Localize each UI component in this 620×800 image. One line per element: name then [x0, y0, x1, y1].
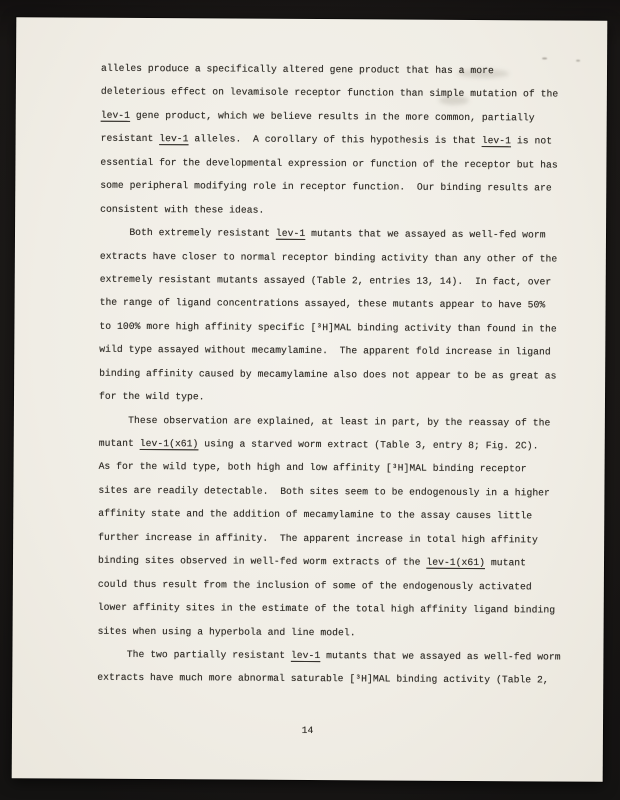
text-segment: is not [511, 136, 552, 147]
text-line: sites when using a hyperbola and line mo… [98, 619, 578, 645]
text-segment: mutants that we assayed as well-fed worm [305, 228, 545, 240]
text-segment: using a starved worm extract (Table 3, e… [198, 438, 538, 451]
gene-name-underlined: lev-1 [159, 133, 188, 144]
text-line: binding affinity caused by mecamylamine … [99, 361, 579, 387]
gene-name-underlined: lev-1 [276, 228, 305, 239]
text-segment: The two partially resistant [97, 649, 291, 661]
text-line: wild type assayed without mecamylamine. … [99, 338, 579, 364]
text-segment: binding affinity caused by mecamylamine … [99, 367, 556, 381]
text-segment: sites are readily detectable. Both sites… [98, 485, 550, 499]
text-segment: extracts have much more abnormal saturab… [97, 672, 549, 686]
text-line: extracts have much more abnormal saturab… [97, 666, 577, 692]
text-line: for the wild type. [99, 385, 579, 411]
text-segment: mutant [485, 557, 526, 568]
text-segment: wild type assayed without mecamylamine. … [99, 344, 551, 358]
text-segment: Both extremely resistant [100, 227, 276, 239]
text-line: could thus result from the inclusion of … [98, 572, 578, 598]
text-line: to 100% more high affinity specific [³H]… [99, 315, 579, 341]
text-line: essential for the developmental expressi… [100, 150, 580, 176]
text-segment: for the wild type. [99, 391, 205, 403]
text-line: deleterious effect on levamisole recepto… [101, 80, 581, 106]
text-segment: further increase in affinity. The appare… [98, 531, 538, 545]
text-line: consistent with these ideas. [100, 197, 580, 223]
page-number: 14 [12, 723, 603, 738]
photo-background: alleles produce a specifically altered g… [0, 0, 620, 800]
text-segment: affinity state and the addition of mecam… [98, 508, 532, 522]
text-segment: extremely resistant mutants assayed (Tab… [100, 274, 552, 288]
text-segment: extracts have closer to normal receptor … [100, 250, 557, 264]
gene-name-underlined: lev-1 [101, 110, 130, 121]
text-segment: some peripheral modifying role in recept… [100, 180, 552, 194]
text-segment: resistant [101, 133, 160, 144]
text-line: Both extremely resistant lev-1 mutants t… [100, 221, 580, 247]
text-line: affinity state and the addition of mecam… [98, 502, 578, 528]
text-line: mutant lev-1(x61) using a starved worm e… [99, 432, 579, 458]
text-segment: deleterious effect on levamisole recepto… [101, 86, 558, 100]
text-segment: sites when using a hyperbola and line mo… [98, 625, 356, 638]
gene-name-underlined: lev-1(x61) [426, 557, 485, 568]
gene-name-underlined: lev-1 [291, 650, 320, 661]
text-segment: gene product, which we believe results i… [130, 110, 535, 123]
text-segment: could thus result from the inclusion of … [98, 578, 532, 592]
text-line: sites are readily detectable. Both sites… [98, 479, 578, 505]
text-line: binding sites observed in well-fed worm … [98, 549, 578, 575]
text-line: some peripheral modifying role in recept… [100, 174, 580, 200]
text-line: alleles produce a specifically altered g… [101, 57, 581, 83]
text-line: extremely resistant mutants assayed (Tab… [100, 268, 580, 294]
text-segment: mutant [99, 438, 140, 449]
gene-name-underlined: lev-1(x61) [140, 438, 199, 449]
text-line: the range of ligand concentrations assay… [100, 291, 580, 317]
text-line: extracts have closer to normal receptor … [100, 244, 580, 270]
text-line: As for the wild type, both high and low … [99, 455, 579, 481]
text-segment: binding sites observed in well-fed worm … [98, 555, 426, 568]
text-line: lower affinity sites in the estimate of … [98, 596, 578, 622]
document-page: alleles produce a specifically altered g… [12, 17, 608, 782]
text-segment: As for the wild type, both high and low … [99, 461, 527, 475]
text-segment: alleles produce a specifically altered g… [101, 63, 494, 76]
text-line: further increase in affinity. The appare… [98, 525, 578, 551]
page-text: alleles produce a specifically altered g… [97, 57, 581, 693]
text-segment: These observation are explained, at leas… [99, 414, 551, 428]
text-segment: lower affinity sites in the estimate of … [98, 602, 555, 616]
gene-name-underlined: lev-1 [482, 135, 511, 146]
text-segment: the range of ligand concentrations assay… [100, 297, 546, 311]
text-segment: consistent with these ideas. [100, 203, 264, 215]
text-segment: alleles. A corollary of this hypothesis … [189, 134, 482, 147]
text-segment: mutants that we assayed as well-fed worm [320, 650, 560, 662]
text-segment: to 100% more high affinity specific [³H]… [99, 321, 556, 335]
text-line: The two partially resistant lev-1 mutant… [97, 643, 577, 669]
text-segment: essential for the developmental expressi… [100, 156, 557, 170]
text-line: These observation are explained, at leas… [99, 408, 579, 434]
text-line: resistant lev-1 alleles. A corollary of … [101, 127, 581, 153]
text-line: lev-1 gene product, which we believe res… [101, 104, 581, 130]
